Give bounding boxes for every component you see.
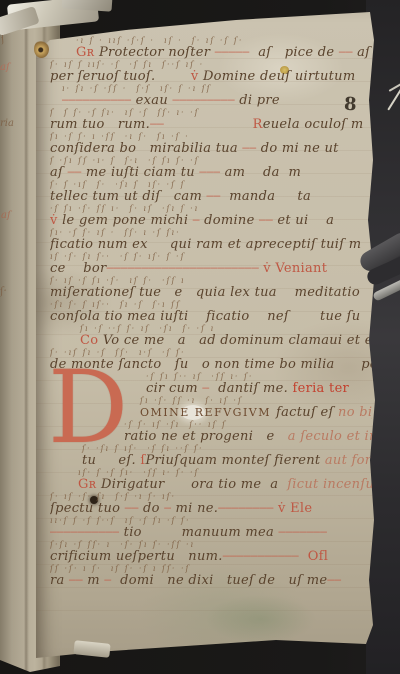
text-segment: ce bor <box>50 261 107 276</box>
text-segment: le gem pone michi <box>62 213 193 228</box>
text-segment: ───────── <box>172 94 234 107</box>
text-segment: conſidera bo mirabilia tua <box>50 141 242 156</box>
lyric-row: ficatio num ex qui ram et apreceptiſ tui… <box>50 237 372 252</box>
lyric-row: miſerationeſ tue e quia lex tua meditati… <box>50 285 372 300</box>
text-segment: factuſ eſ <box>276 405 338 420</box>
text-segment <box>155 69 190 84</box>
text-segment: v̇ <box>50 213 62 228</box>
lyric-row: tellec tum ut diſ cam ── manda ta <box>50 189 372 204</box>
text-segment: ficatio num ex qui ram et apreceptiſ tui… <box>50 237 361 252</box>
chant-line: ſ· ·ıſ ſı ·ſ ſſ· ı·ſ ·ſ ſ·de monte ſanct… <box>50 348 372 372</box>
text-segment: cir cum <box>146 381 202 396</box>
text-segment: conſola tio mea iuſti ficatio neſ tue ſu <box>50 309 360 324</box>
lyric-row: aſ ── me iuſti ciam tu ─── am da m <box>50 165 372 180</box>
page-edge-sliver <box>73 640 110 658</box>
lyric-row: crificium ueſpertu num.─────────── Ofl <box>50 549 372 564</box>
neume-row: ·ſ ſı ſ·· ıſ ·ſſ ı· ſ· <box>146 372 372 381</box>
text-segment: ── <box>259 214 273 227</box>
text-segment: ────────── <box>62 94 131 107</box>
manuscript-photo: ſ aſ ria aſ ſ· D 8 ·ı ſ · ııſ ·ſ·ſ · ıſ … <box>0 0 400 674</box>
text-segment: ── <box>68 166 82 179</box>
text-segment: ── <box>69 574 83 587</box>
text-segment: ── <box>207 190 221 203</box>
neume-row: ıı·ſ ſ ·ſ ſ··ſ ıſ ·ſ ſı ·ſ ſ· <box>50 516 372 525</box>
chant-line: ſſ ·ſ· ı ſ· ıſ ſ· ·ſ ı ſſ· ·ſra ── m ─ d… <box>50 564 372 588</box>
text-segment: Dirigatur ora tio me a <box>101 477 287 492</box>
text-segment: tu eſ. <box>82 453 140 468</box>
text-segment: ─ <box>193 214 200 227</box>
text-segment: OMINE REFVGIVM <box>140 406 276 419</box>
text-segment: ſpectu tuo <box>50 501 125 516</box>
gutter-bleed-mark: aſ <box>0 62 10 73</box>
text-segment: ─── <box>199 166 220 179</box>
neume-row: ıſ ·ſ· ſı ſ·· ·ſ ſ· ıſ· ſ ·ſ <box>50 252 372 261</box>
neume-row: ſ·ſı ·ſ ſſ· ı ·ſ· ſı ſ· ·ſſ ·ı <box>50 540 372 549</box>
lyric-row: conſola tio mea iuſti ficatio neſ tue ſu <box>50 309 372 324</box>
lyric-row: Co Vo ce me a ad dominum clamaui et exau… <box>80 333 372 348</box>
chant-line: ſı ·ſ· ſſ ·ı ſ· ıſ ·ſOMINE REFVGIVM fact… <box>140 396 372 420</box>
chant-line: ſı ·ſ ··ſ ſ· ıſ ·ſı ſ· ·ſ ıCo Vo ce me a… <box>80 324 372 348</box>
text-segment: Priuſquam monteſ fierent <box>145 453 324 468</box>
neume-row: ſ ſ ſ· ·ſ ſı· ıſ ·ſ ſſ· ı· ·ſ <box>50 108 372 117</box>
lyric-row: conſidera bo mirabilia tua ── do mi ne u… <box>50 141 372 156</box>
text-segment: ─────── <box>279 526 327 539</box>
chant-line: ſ· ıſ ſ ııſ· ·ſ ·ſ ſı ſ··ſ ıſ ·per ſeruo… <box>50 60 372 84</box>
text-segment: ── <box>339 46 353 59</box>
text-segment: ────────────────────── <box>107 262 259 275</box>
text-segment <box>164 117 253 132</box>
chant-line: ı· ſı ·ſ ·ſſ · ſ·ſ ıſ· ſ ·ı ſſ──────────… <box>62 84 372 108</box>
text-segment: manda ta <box>220 189 311 204</box>
chant-line: ·ſ ſı ſ·· ıſ ·ſſ ı· ſ·cir cum ─ dantiſ m… <box>146 372 372 396</box>
text-segment: R <box>253 117 263 132</box>
neume-row: ſı ·ſ· ſſ ·ı ſ· ıſ ·ſ <box>140 396 372 405</box>
text-segment: Protector noſter <box>99 45 215 60</box>
text-segment: ─ <box>164 502 171 515</box>
chant-line: ſı· ·ſ ſ· ıſ · ſſ· ı ·ſ ſı·ficatio num e… <box>50 228 372 252</box>
chant-line: ıſ· ſ ·ſ ſı· ·ſſ ı· ſ· ·ſGʀ Dirigatur or… <box>78 468 372 492</box>
chant-line: ſ· ıſ ·ſ· ſı ſ·ſ ·ı ſ· ıſ·ſpectu tuo ── … <box>50 492 372 516</box>
neume-row: ıſ· ſ ·ſ ſı· ·ſſ ı· ſ· ·ſ <box>78 468 372 477</box>
wormhole <box>34 40 49 58</box>
lyric-row: ratio ne et progeni e a ſeculo et inſecu <box>124 429 372 444</box>
text-segment: ── <box>125 502 139 515</box>
text-segment: am da m <box>220 165 301 180</box>
neume-row: ſ· ·ſı ſ ıſ· ·ſ ſı ··ſ ſ· <box>82 444 372 453</box>
chant-line: ·ſ ſ· ıſ ·ſı ſ·· ıſ ſratio ne et progeni… <box>124 420 372 444</box>
text-segment: Vo ce me a ad dominum clamaui et exaudiu <box>103 333 372 348</box>
text-segment: ─ <box>104 574 111 587</box>
lyric-row: ce bor────────────────────── v̇ Veniant <box>50 261 372 276</box>
text-segment: et ui a <box>273 213 334 228</box>
neume-row: ſı ·ſ ··ſ ſ· ıſ ·ſı ſ· ·ſ ı <box>80 324 372 333</box>
text-segment: Ofl <box>299 549 328 564</box>
lyric-row: per ſeruoſ tuoſ. v̇ Domine deuſ uirtutum <box>50 69 372 84</box>
chant-line: ſ ·ſı ſſ ·ı· ſ ſ·ı ·ſ ſı ſ· ·ſaſ ── me i… <box>50 156 372 180</box>
text-segment: tellec tum ut diſ cam <box>50 189 207 204</box>
text-segment: per ſeruoſ tuoſ. <box>50 69 155 84</box>
neume-row: ſ· ıſ ſ ııſ· ·ſ ·ſ ſı ſ··ſ ıſ · <box>50 60 372 69</box>
text-segment: Co <box>80 333 103 348</box>
text-segment: domine <box>200 213 259 228</box>
text-segment: ───── <box>215 46 250 59</box>
chant-line: ·ı ſ · ııſ ·ſ·ſ · ıſ · ſ· ıſ ·ſ ſ·Gʀ Pro… <box>76 36 372 60</box>
neume-row: ſſ ·ſ· ı ſ· ıſ ſ· ·ſ ı ſſ· ·ſ <box>50 564 372 573</box>
gutter-bleed-mark: ria <box>0 118 14 129</box>
text-segment: de monte ſancto ſu o non time bo milia p… <box>50 357 372 372</box>
manuscript-page: D 8 ·ı ſ · ııſ ·ſ·ſ · ıſ · ſ· ıſ ·ſ ſ·Gʀ… <box>36 10 376 660</box>
lyric-row: rum tuo rum.── Reuela oculoſ m <box>50 117 372 132</box>
text-segment: dantiſ me. <box>209 381 292 396</box>
lyric-row: ſpectu tuo ── do ─ mi ne.──────── v̇ Ele <box>50 501 372 516</box>
text-segment: Gʀ <box>78 477 101 492</box>
text-segment: rum tuo rum. <box>50 117 150 132</box>
text-segment: v̇ Ele <box>274 501 313 516</box>
text-segment: aſ ci n <box>353 45 372 60</box>
text-segment: crificium ueſpertu num. <box>50 549 223 564</box>
text-segment: ſicut incenſum <box>287 477 372 492</box>
text-segment: tio manuum mea <box>119 525 278 540</box>
neume-row: ·ſ ſ· ıſ ·ſı ſ·· ıſ ſ <box>124 420 372 429</box>
neume-row: ſ ·ſı ſſ ·ı· ſ ſ·ı ·ſ ſı ſ· ·ſ <box>50 156 372 165</box>
chant-line: ıı·ſ ſ ·ſ ſ··ſ ıſ ·ſ ſı ·ſ ſ·────────── … <box>50 516 372 540</box>
lyric-row: Gʀ Dirigatur ora tio me a ſicut incenſum <box>78 477 372 492</box>
text-segment: euela oculoſ m <box>263 117 364 132</box>
chant-line: ſ·ſı ·ſ ſſ· ı ·ſ· ſı ſ· ·ſſ ·ıcrificium … <box>50 540 372 564</box>
neume-row: ·ſ ſı ·ſ· ſſ ı· ſ· ıſ ·ſı ſ ·ı <box>50 204 372 213</box>
text-segment: v̇ <box>259 261 276 276</box>
chant-line: ſ· ·ſı ſ ıſ· ·ſ ſı ··ſ ſ·tu eſ. ſPriuſqu… <box>82 444 372 468</box>
lyric-row: ────────── exau ───────── di pre <box>62 93 372 108</box>
neume-row: ·ſı ſ· ſ ıſ·· ſı ·ſ ſ·ı ſſ <box>50 300 372 309</box>
text-segment: do <box>139 501 165 516</box>
text-segment: Domine deuſ uirtutum <box>203 69 356 84</box>
gutter-bleed-mark: aſ <box>1 210 11 221</box>
chant-line: ſ ſ ſ· ·ſ ſı· ıſ ·ſ ſſ· ı· ·ſrum tuo rum… <box>50 108 372 132</box>
text-segment: do mi ne ut <box>256 141 338 156</box>
green-stain <box>206 595 316 643</box>
text-segment: ── <box>150 118 164 131</box>
text-segment: miſerationeſ tue e quia lex tua meditati… <box>50 285 360 300</box>
text-segment: ── <box>327 574 341 587</box>
lyric-row: ────────── tio manuum mea ─────── <box>50 525 372 540</box>
neume-row: ſ· ſ ·ıſ ſ· ·ſı ſ ıſ· ·ſ ſ <box>50 180 372 189</box>
text-segment: ra <box>50 573 69 588</box>
neume-row: ſ· ·ıſ ſı ·ſ ſſ· ı·ſ ·ſ ſ· <box>50 348 372 357</box>
chant-line: ·ſ ſı ·ſ· ſſ ı· ſ· ıſ ·ſı ſ ·ıv̇ le gem … <box>50 204 372 228</box>
text-segment: exau <box>131 93 172 108</box>
text-segment: ratio ne et progeni e <box>124 429 288 444</box>
lyric-row: v̇ le gem pone michi ─ domine ── et ui a <box>50 213 372 228</box>
neume-row: ·ı ſ · ııſ ·ſ·ſ · ıſ · ſ· ıſ ·ſ ſ· <box>76 36 372 45</box>
lyric-row: de monte ſancto ſu o non time bo milia p… <box>50 357 372 372</box>
neume-row: ſı· ·ſ ſ· ıſ · ſſ· ı ·ſ ſı· <box>50 228 372 237</box>
text-segment: Veniant <box>275 261 327 276</box>
neume-row: ı· ſı ·ſ ·ſſ · ſ·ſ ıſ· ſ ·ı ſſ <box>62 84 372 93</box>
text-segment: aſ <box>50 165 68 180</box>
lyric-row: ra ── m ─ domi ne dixi tueſ de uſ me── <box>50 573 372 588</box>
text-segment: aſ pice de <box>249 45 338 60</box>
background-shadow <box>366 0 400 674</box>
lyric-row: cir cum ─ dantiſ me. feria ter <box>146 381 372 396</box>
text-segment: ─────────── <box>223 550 299 563</box>
chant-line: ſı ·ſ ſ· ı ·ſſ ·ı ſ· ſı ·ſ ·conſidera bo… <box>50 132 372 156</box>
neume-row: ſ· ıſ ·ſ ſı ·ſ· ıſ ſ· ·ſſ ı <box>50 276 372 285</box>
text-segment: m <box>83 573 105 588</box>
lyric-row: OMINE REFVGIVM factuſ eſ no biſ <box>140 405 372 420</box>
chant-text-block: ·ı ſ · ııſ ·ſ·ſ · ıſ · ſ· ıſ ·ſ ſ·Gʀ Pro… <box>50 36 372 588</box>
text-segment: v̇ <box>191 69 203 84</box>
text-segment: no biſ <box>338 405 372 420</box>
text-segment: ── <box>242 142 256 155</box>
lyric-row: tu eſ. ſPriuſquam monteſ fierent aut for… <box>82 453 372 468</box>
text-segment: ────────── <box>50 526 119 539</box>
text-segment: domi ne dixi tueſ de uſ me <box>111 573 327 588</box>
neume-row: ſı ·ſ ſ· ı ·ſſ ·ı ſ· ſı ·ſ · <box>50 132 372 141</box>
chant-line: ſ· ſ ·ıſ ſ· ·ſı ſ ıſ· ·ſ ſtellec tum ut … <box>50 180 372 204</box>
chant-line: ıſ ·ſ· ſı ſ·· ·ſ ſ· ıſ· ſ ·ſce bor──────… <box>50 252 372 276</box>
chant-line: ſ· ıſ ·ſ ſı ·ſ· ıſ ſ· ·ſſ ımiſerationeſ … <box>50 276 372 300</box>
text-segment: a ſeculo et inſecu <box>288 429 372 444</box>
neume-row: ſ· ıſ ·ſ· ſı ſ·ſ ·ı ſ· ıſ· <box>50 492 372 501</box>
text-segment: di pre <box>235 93 280 108</box>
text-segment: me iuſti ciam tu <box>81 165 199 180</box>
text-segment: feria ter <box>292 381 349 396</box>
chant-line: ·ſı ſ· ſ ıſ·· ſı ·ſ ſ·ı ſſconſola tio me… <box>50 300 372 324</box>
text-segment: ─ <box>202 382 209 395</box>
lyric-row: Gʀ Protector noſter ───── aſ pice de ── … <box>76 45 372 60</box>
text-segment: aut form <box>325 453 372 468</box>
text-segment: mi ne. <box>171 501 218 516</box>
text-segment: Gʀ <box>76 45 99 60</box>
text-segment: ──────── <box>218 502 273 515</box>
